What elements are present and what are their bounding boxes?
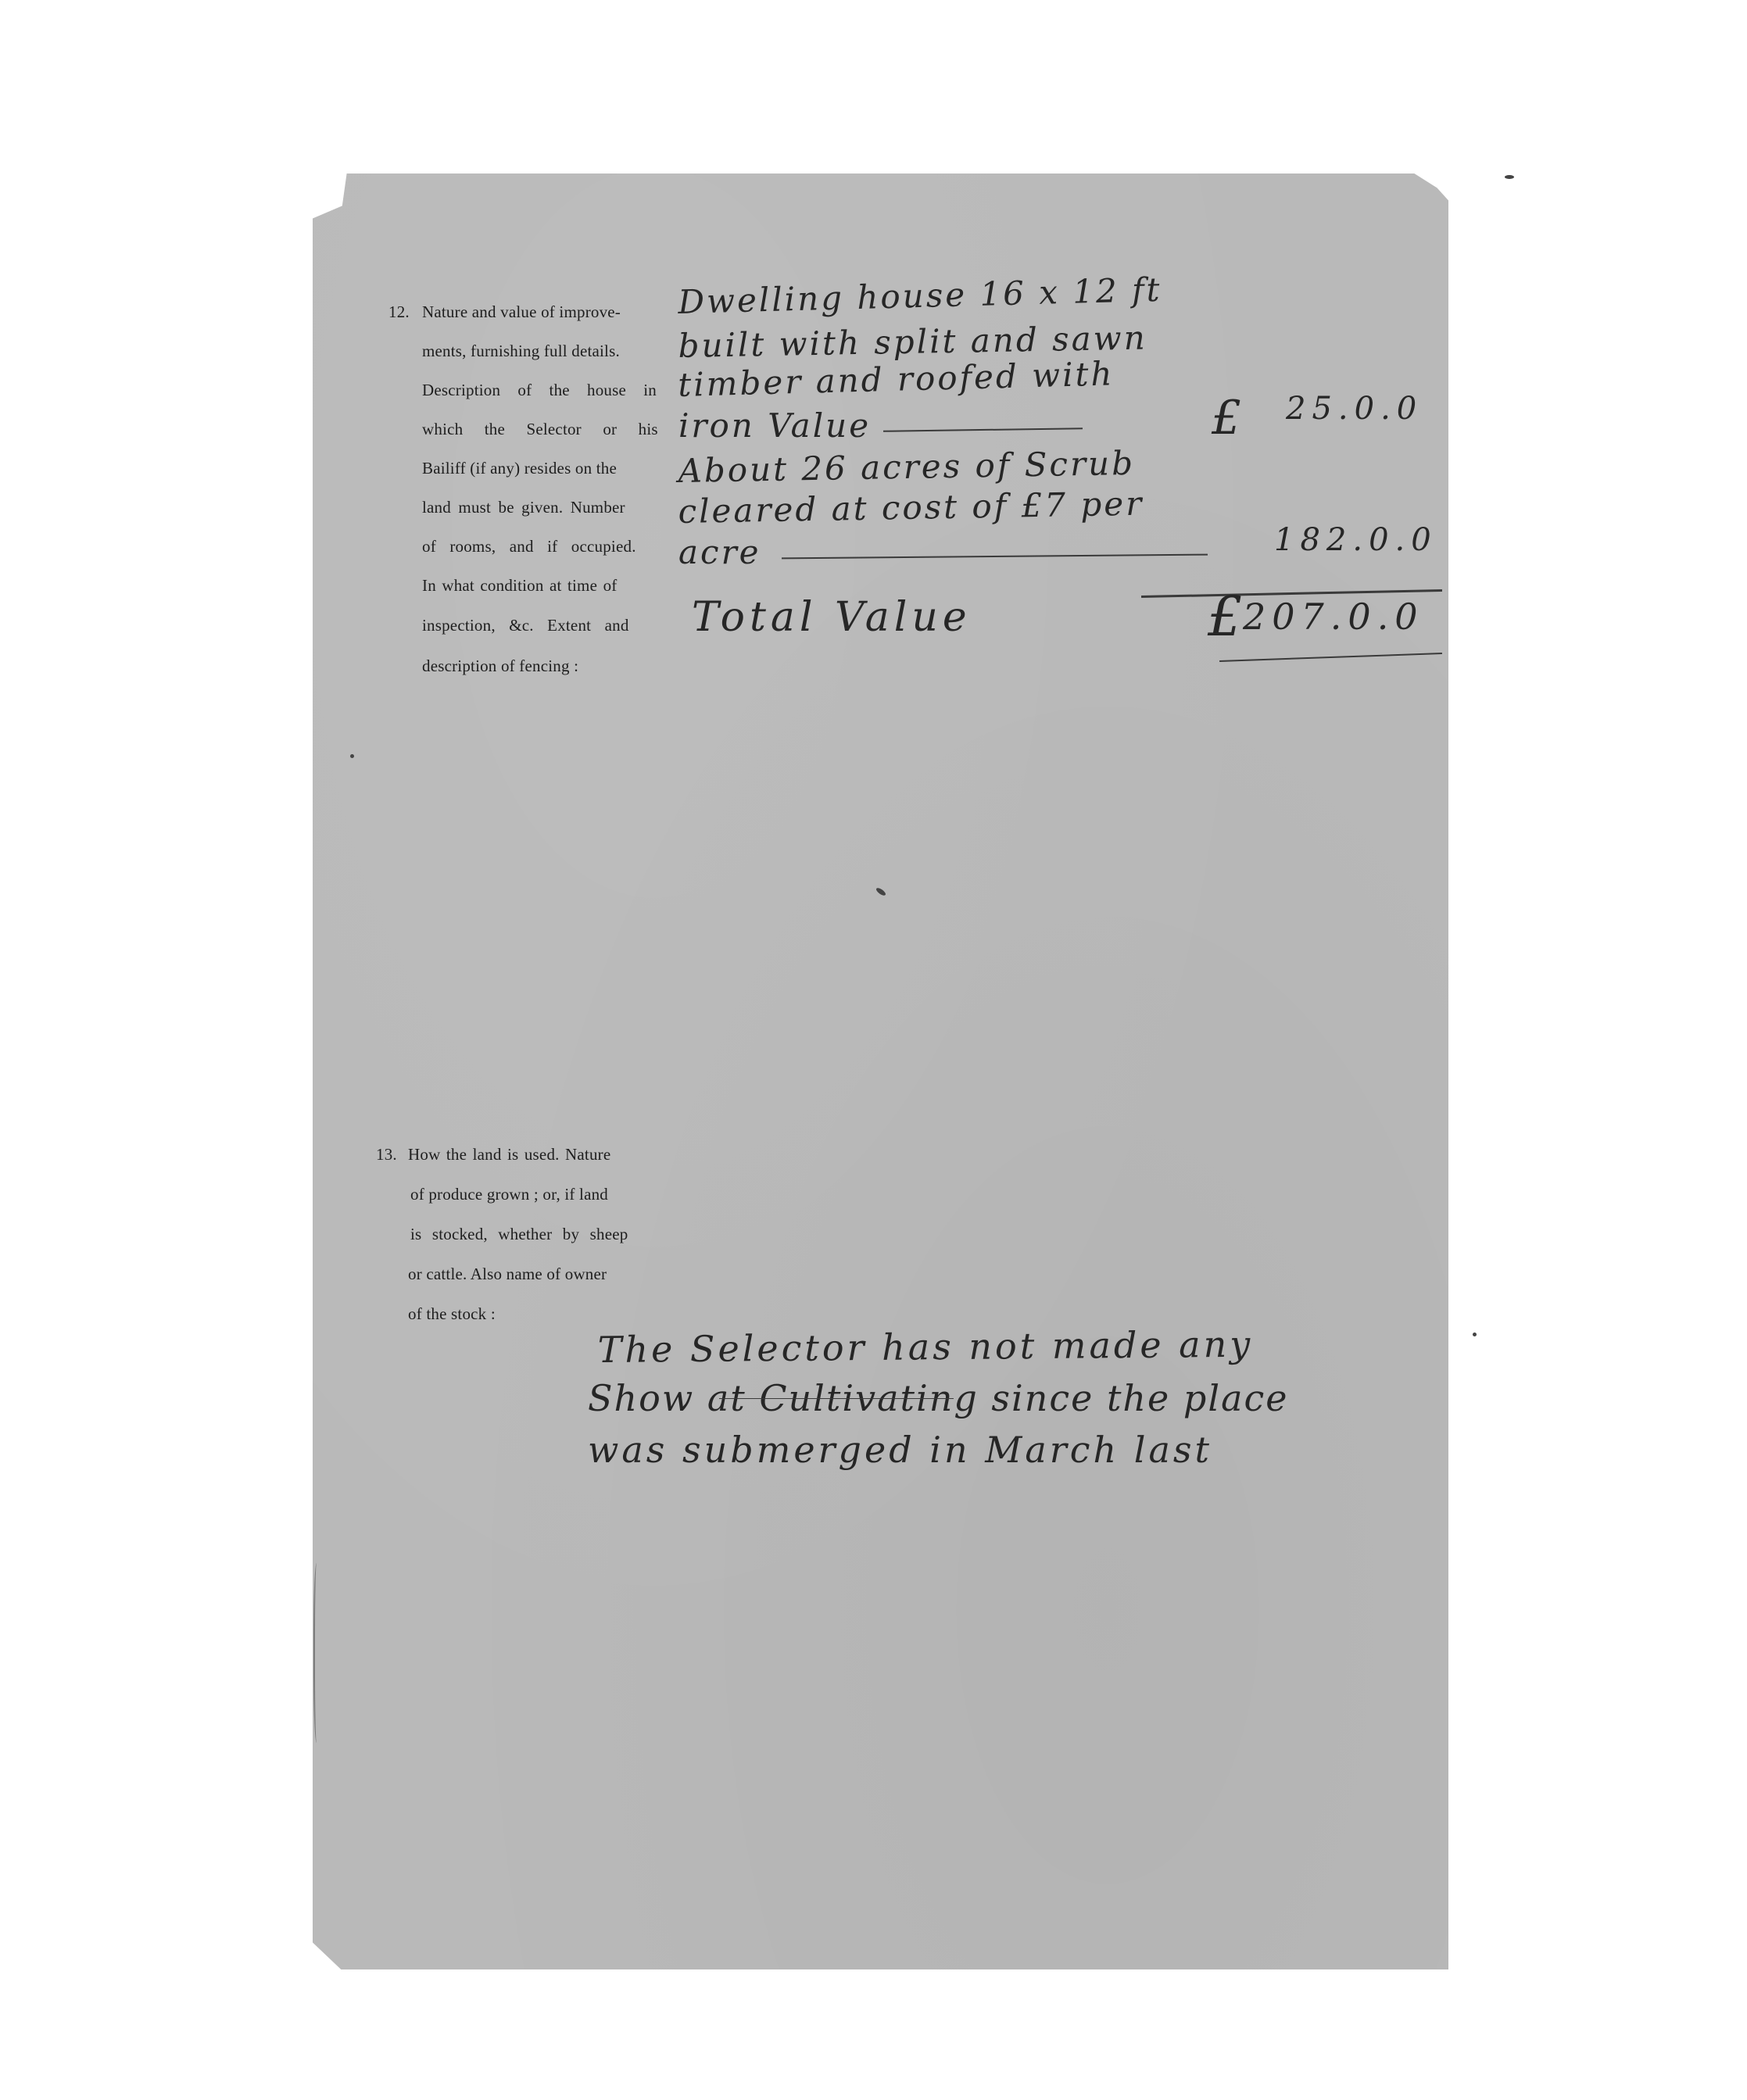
handwritten-line: The Selector has not made any [598,1323,1254,1371]
handwritten-line: was submerged in March last [588,1429,1212,1471]
section-13-label-line: is stocked, whether by sheep [410,1225,659,1244]
paper-crease [313,1563,321,1743]
section-12-label-line: Description of the house in [422,381,657,400]
section-12-label-line: land must be given. Number [422,498,657,517]
section-12-label-line: description of fencing : [422,656,578,676]
handwritten-line: cleared at cost of £7 per [678,485,1144,531]
section-13-label-line: or cattle. Also name of owner [408,1265,660,1284]
section-13-label-line: How the land is used. Nature [408,1145,660,1164]
total-label: Total Value [692,594,972,641]
section-12-number: 12. [388,302,410,322]
section-12-label-line: which the Selector or his [422,420,657,439]
section-12-label-line: of rooms, and if occupied. [422,537,657,556]
handwritten-line: acre [678,533,761,571]
section-12-label-line: Nature and value of improve- [422,302,657,322]
section-13-number: 13. [376,1145,397,1164]
section-13-label-line: of produce grown ; or, if land [410,1185,659,1204]
scan-speck [1505,175,1514,179]
section-12-label-line: Bailiff (if any) resides on the [422,459,657,478]
handwritten-line: About 26 acres of Scrub [678,444,1135,490]
section-12-label-line: In what condition at time of [422,576,657,596]
section-12-label-line: inspection, &c. Extent and [422,616,657,635]
pound-sign: £ [1208,585,1243,649]
improvement-amount: 25.0.0 [1286,391,1423,427]
strike-line [719,1398,954,1399]
clearing-amount: 182.0.0 [1274,522,1437,558]
section-13-label-line: of the stock : [408,1304,496,1324]
scanned-form-page [313,174,1448,1969]
handwritten-line: iron Value [678,406,871,445]
total-amount: 207.0.0 [1243,596,1424,638]
section-12-label-line: ments, furnishing full details. [422,342,657,361]
scan-speck [1473,1333,1477,1336]
scan-speck [350,754,354,758]
pound-sign: £ [1212,391,1241,445]
